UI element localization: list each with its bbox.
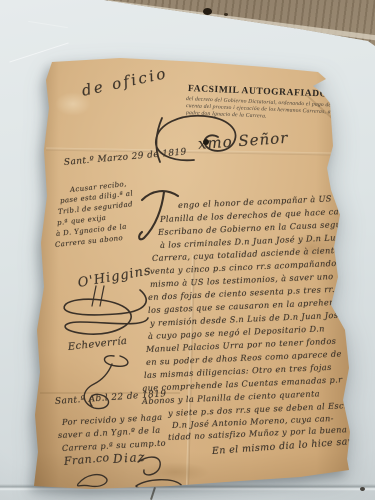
- francisco-rubric: [72, 466, 112, 492]
- closing-line: Carrera p.ª su cump.to: [62, 438, 167, 453]
- handwritten-annotation: de oficio: [80, 64, 169, 100]
- edge-shading: [33, 58, 59, 490]
- ohiggins-rubric: [52, 284, 162, 346]
- photo-of-document: de oficio FACSIMIL AUTOGRAFIADO del decr…: [0, 0, 375, 500]
- diaz-rubric: [128, 452, 188, 494]
- fly-speck: [203, 8, 212, 15]
- paper-shadow: de oficio FACSIMIL AUTOGRAFIADO del decr…: [0, 0, 375, 500]
- paper-document: de oficio FACSIMIL AUTOGRAFIADO del decr…: [0, 0, 375, 500]
- ink-blot: [203, 139, 209, 145]
- dirt-speck: [224, 13, 228, 16]
